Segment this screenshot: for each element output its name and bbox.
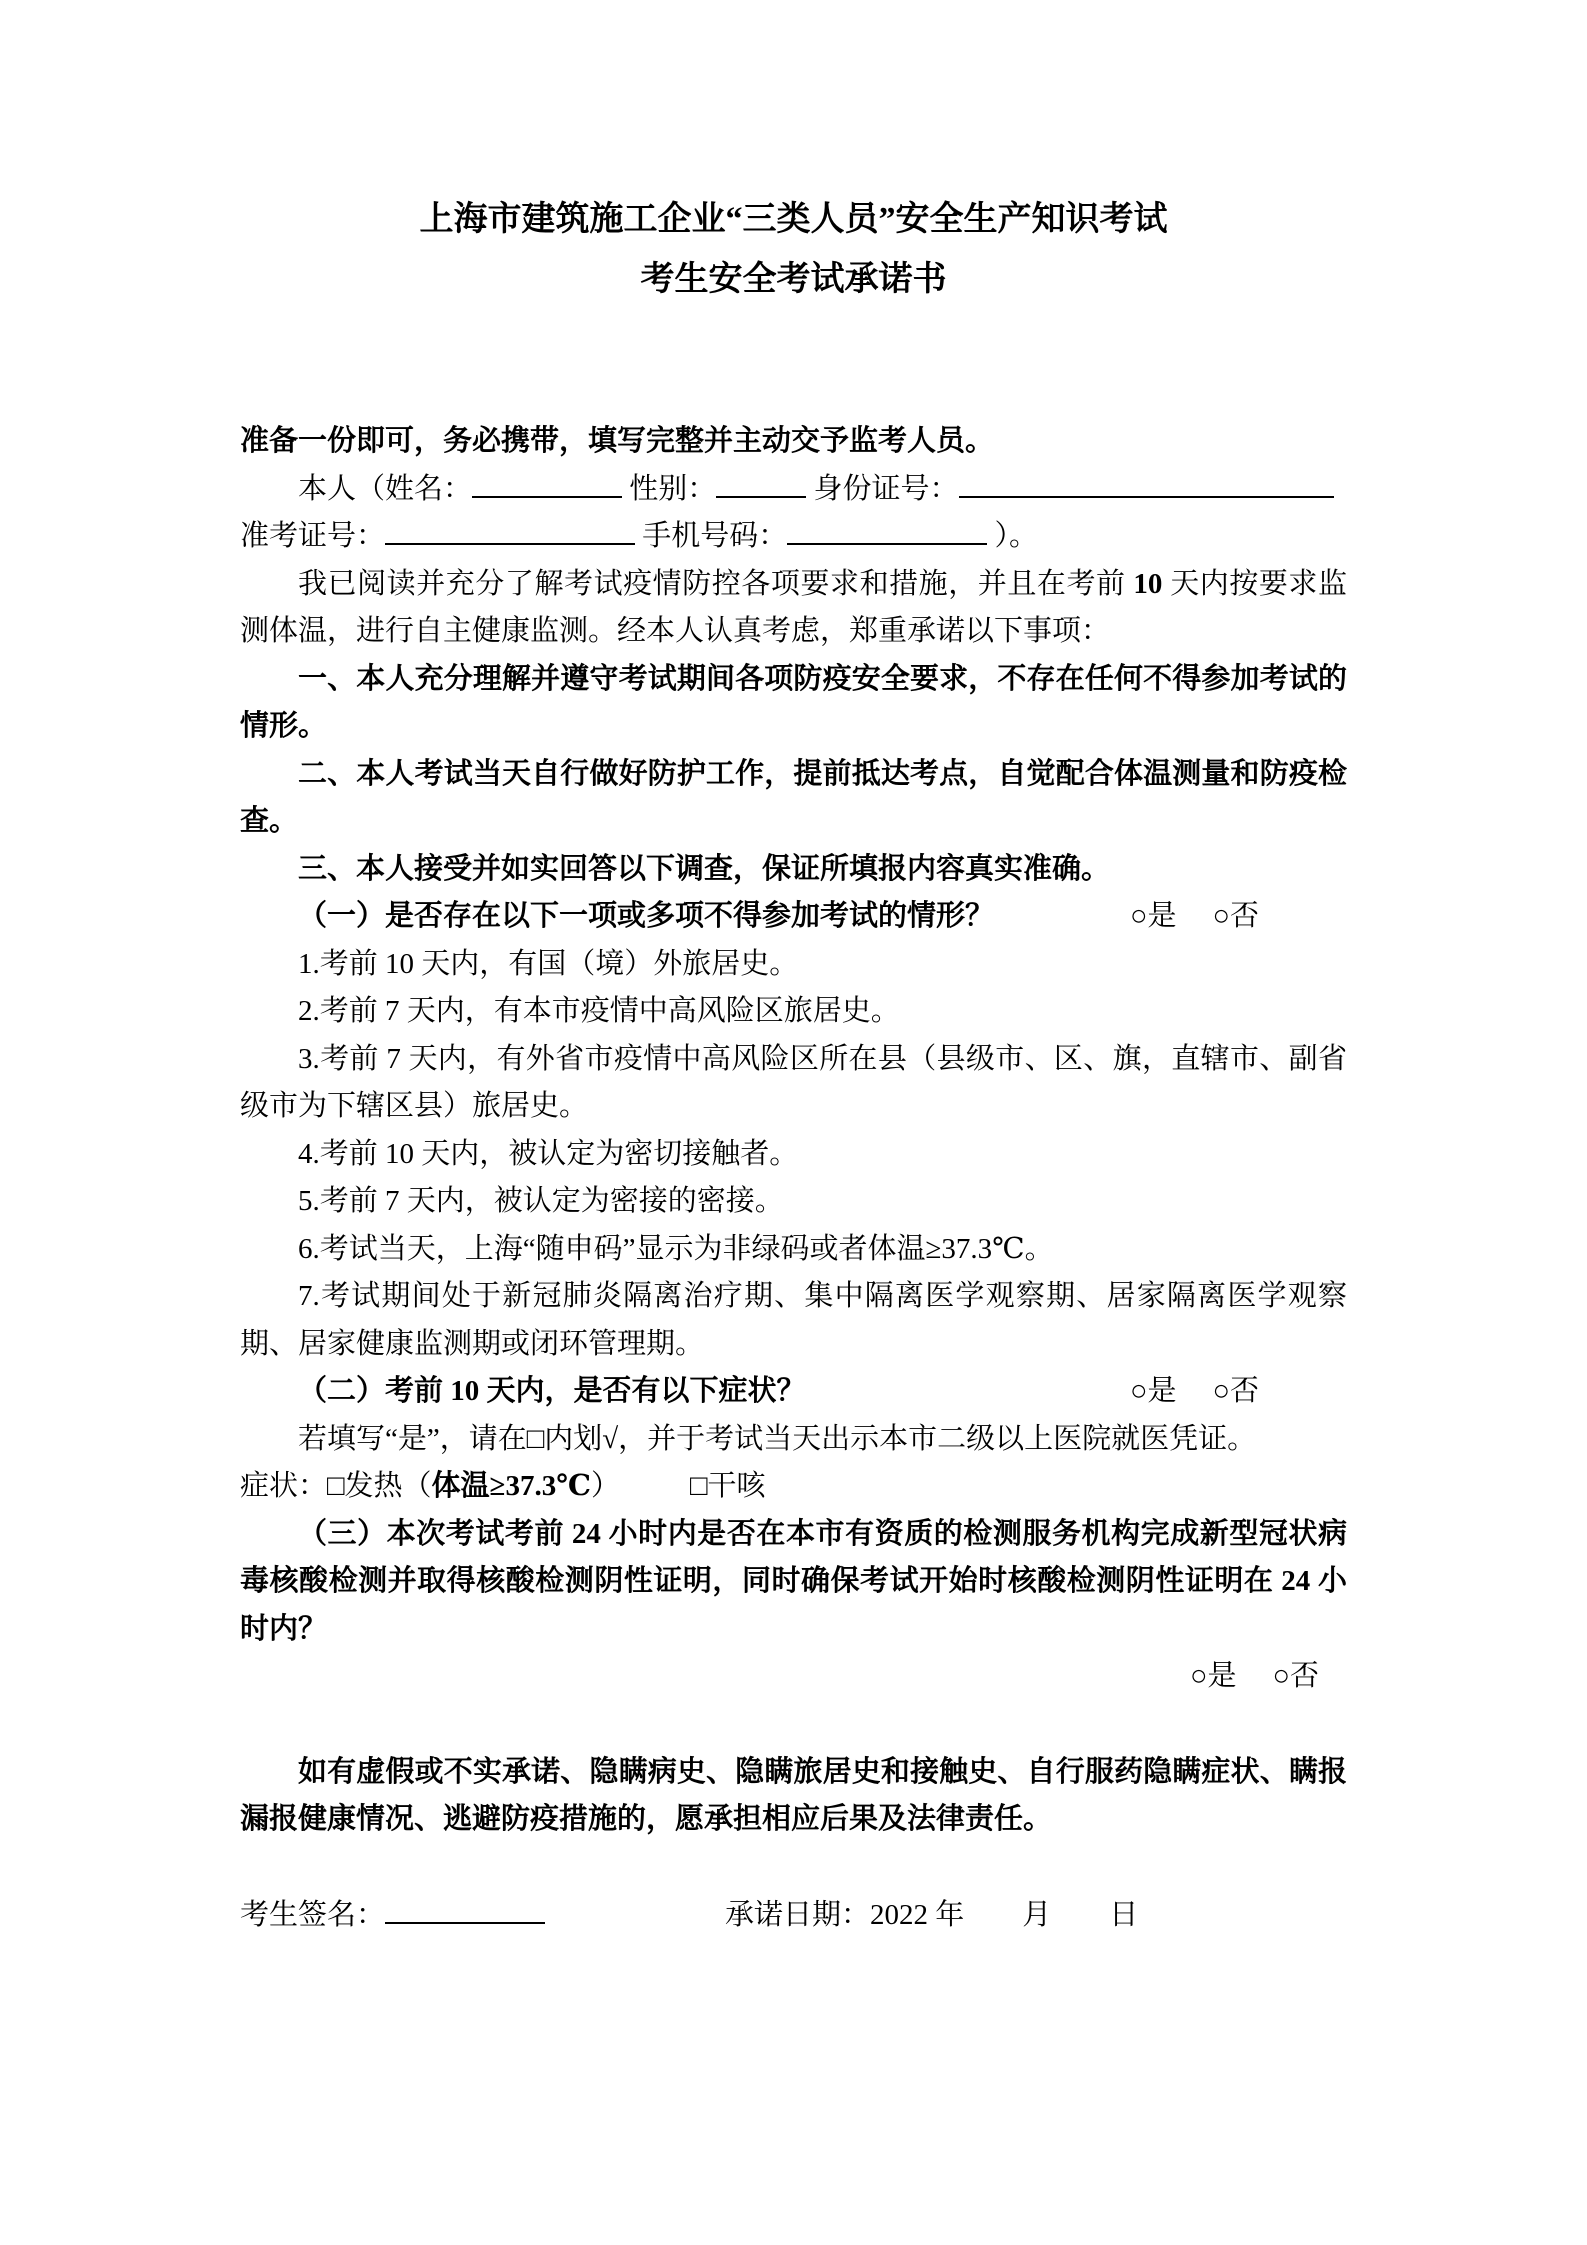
question-3-no-option[interactable]: ○否 bbox=[1272, 1660, 1319, 1692]
name-label: 本人（姓名： bbox=[298, 473, 472, 505]
id-number-field-blank[interactable] bbox=[959, 466, 1334, 498]
question-1-yes-option[interactable]: ○是 bbox=[1130, 900, 1177, 932]
survey-item-7: 7.考试期间处于新冠肺炎隔离治疗期、集中隔离医学观察期、居家隔离医学观察期、居家… bbox=[240, 1273, 1347, 1368]
signature-row: 考生签名： 承诺日期：2022 年 月 日 bbox=[240, 1892, 1347, 1940]
survey-item-5: 5.考前 7 天内，被认定为密接的密接。 bbox=[240, 1178, 1347, 1226]
survey-item-1: 1.考前 10 天内，有国（境）外旅居史。 bbox=[240, 941, 1347, 989]
declaration-part1: 我已阅读并充分了解考试疫情防控各项要求和措施，并且在考前 bbox=[298, 568, 1133, 600]
id-number-label: 身份证号： bbox=[814, 473, 959, 505]
commitment-2: 二、本人考试当天自行做好防护工作，提前抵达考点，自觉配合体温测量和防疫检查。 bbox=[240, 751, 1347, 846]
question-3-paragraph: （三）本次考试考前 24 小时内是否在本市有资质的检测服务机构完成新型冠状病毒核… bbox=[240, 1511, 1347, 1654]
ticket-number-field-blank[interactable] bbox=[385, 513, 635, 545]
signature-field-blank[interactable] bbox=[385, 1892, 545, 1924]
date-label: 承诺日期： bbox=[725, 1899, 870, 1931]
question-2-no-option[interactable]: ○否 bbox=[1213, 1375, 1260, 1407]
survey-item-4: 4.考前 10 天内，被认定为密切接触者。 bbox=[240, 1131, 1347, 1179]
cough-checkbox-option[interactable]: □干咳 bbox=[690, 1470, 766, 1502]
question-1-line: （一）是否存在以下一项或多项不得参加考试的情形？ ○是○否 bbox=[240, 893, 1347, 941]
phone-label: 手机号码： bbox=[642, 520, 787, 552]
question-3-choices: ○是○否 bbox=[240, 1653, 1347, 1701]
fever-checkbox-option[interactable]: □发热（体温≥37.3℃） bbox=[327, 1470, 620, 1502]
question-2-yes-option[interactable]: ○是 bbox=[1130, 1375, 1177, 1407]
question-3-yes-option[interactable]: ○是 bbox=[1190, 1660, 1237, 1692]
document-content: 上海市建筑施工企业“三类人员”安全生产知识考试 考生安全考试承诺书 准备一份即可… bbox=[240, 190, 1347, 1939]
document-title: 上海市建筑施工企业“三类人员”安全生产知识考试 考生安全考试承诺书 bbox=[240, 190, 1347, 310]
symptoms-label: 症状： bbox=[240, 1470, 327, 1502]
identity-line-2: 准考证号： 手机号码： ）。 bbox=[240, 513, 1347, 561]
name-field-blank[interactable] bbox=[472, 466, 622, 498]
survey-item-2: 2.考前 7 天内，有本市疫情中高风险区旅居史。 bbox=[240, 988, 1347, 1036]
survey-item-6: 6.考试当天，上海“随申码”显示为非绿码或者体温≥37.3℃。 bbox=[240, 1226, 1347, 1274]
spacer bbox=[240, 1844, 1347, 1892]
closing-paragraph: 如有虚假或不实承诺、隐瞒病史、隐瞒旅居史和接触史、自行服药隐瞒症状、瞒报漏报健康… bbox=[240, 1749, 1347, 1844]
close-paren-text: ）。 bbox=[995, 520, 1039, 552]
ticket-number-label: 准考证号： bbox=[240, 520, 385, 552]
fever-checkbox-suffix: ） bbox=[591, 1470, 620, 1502]
title-line-1: 上海市建筑施工企业“三类人员”安全生产知识考试 bbox=[420, 201, 1168, 238]
declaration-days: 10 bbox=[1133, 568, 1162, 600]
symptom-note-line: 若填写“是”，请在□内划√，并于考试当天出示本市二级以上医院就医凭证。 bbox=[240, 1416, 1347, 1464]
phone-field-blank[interactable] bbox=[787, 513, 987, 545]
title-line-2: 考生安全考试承诺书 bbox=[641, 261, 947, 298]
notice-line: 准备一份即可，务必携带，填写完整并主动交予监考人员。 bbox=[240, 418, 1347, 466]
identity-line-1: 本人（姓名： 性别： 身份证号： bbox=[240, 466, 1347, 514]
question-1-choices: ○是○否 bbox=[1130, 893, 1259, 941]
signature-name-label: 考生签名： bbox=[240, 1899, 385, 1931]
fever-temp-text: 体温≥37.3℃ bbox=[432, 1470, 591, 1502]
gender-field-blank[interactable] bbox=[716, 466, 806, 498]
date-value: 2022 年 月 日 bbox=[870, 1899, 1138, 1931]
commitment-date: 承诺日期：2022 年 月 日 bbox=[725, 1892, 1138, 1940]
question-1-no-option[interactable]: ○否 bbox=[1213, 900, 1260, 932]
notice-text: 准备一份即可，务必携带，填写完整并主动交予监考人员。 bbox=[240, 425, 994, 457]
question-2-label: （二）考前 10 天内，是否有以下症状？ bbox=[298, 1375, 806, 1407]
question-2-choices: ○是○否 bbox=[1130, 1368, 1259, 1416]
declaration-paragraph: 我已阅读并充分了解考试疫情防控各项要求和措施，并且在考前 10 天内按要求监测体… bbox=[240, 561, 1347, 656]
document-body: 准备一份即可，务必携带，填写完整并主动交予监考人员。 本人（姓名： 性别： 身份… bbox=[240, 418, 1347, 1939]
question-2-line: （二）考前 10 天内，是否有以下症状？ ○是○否 bbox=[240, 1368, 1347, 1416]
commitment-3: 三、本人接受并如实回答以下调查，保证所填报内容真实准确。 bbox=[240, 846, 1347, 894]
symptoms-line: 症状：□发热（体温≥37.3℃）□干咳 bbox=[240, 1463, 1347, 1511]
gender-label: 性别： bbox=[629, 473, 716, 505]
fever-checkbox-prefix: □发热（ bbox=[327, 1470, 432, 1502]
survey-item-3: 3.考前 7 天内，有外省市疫情中高风险区所在县（县级市、区、旗，直辖市、副省级… bbox=[240, 1036, 1347, 1131]
spacer bbox=[240, 1701, 1347, 1749]
document-page: 上海市建筑施工企业“三类人员”安全生产知识考试 考生安全考试承诺书 准备一份即可… bbox=[0, 0, 1587, 2245]
commitment-1: 一、本人充分理解并遵守考试期间各项防疫安全要求，不存在任何不得参加考试的情形。 bbox=[240, 656, 1347, 751]
question-1-label: （一）是否存在以下一项或多项不得参加考试的情形？ bbox=[298, 900, 994, 932]
